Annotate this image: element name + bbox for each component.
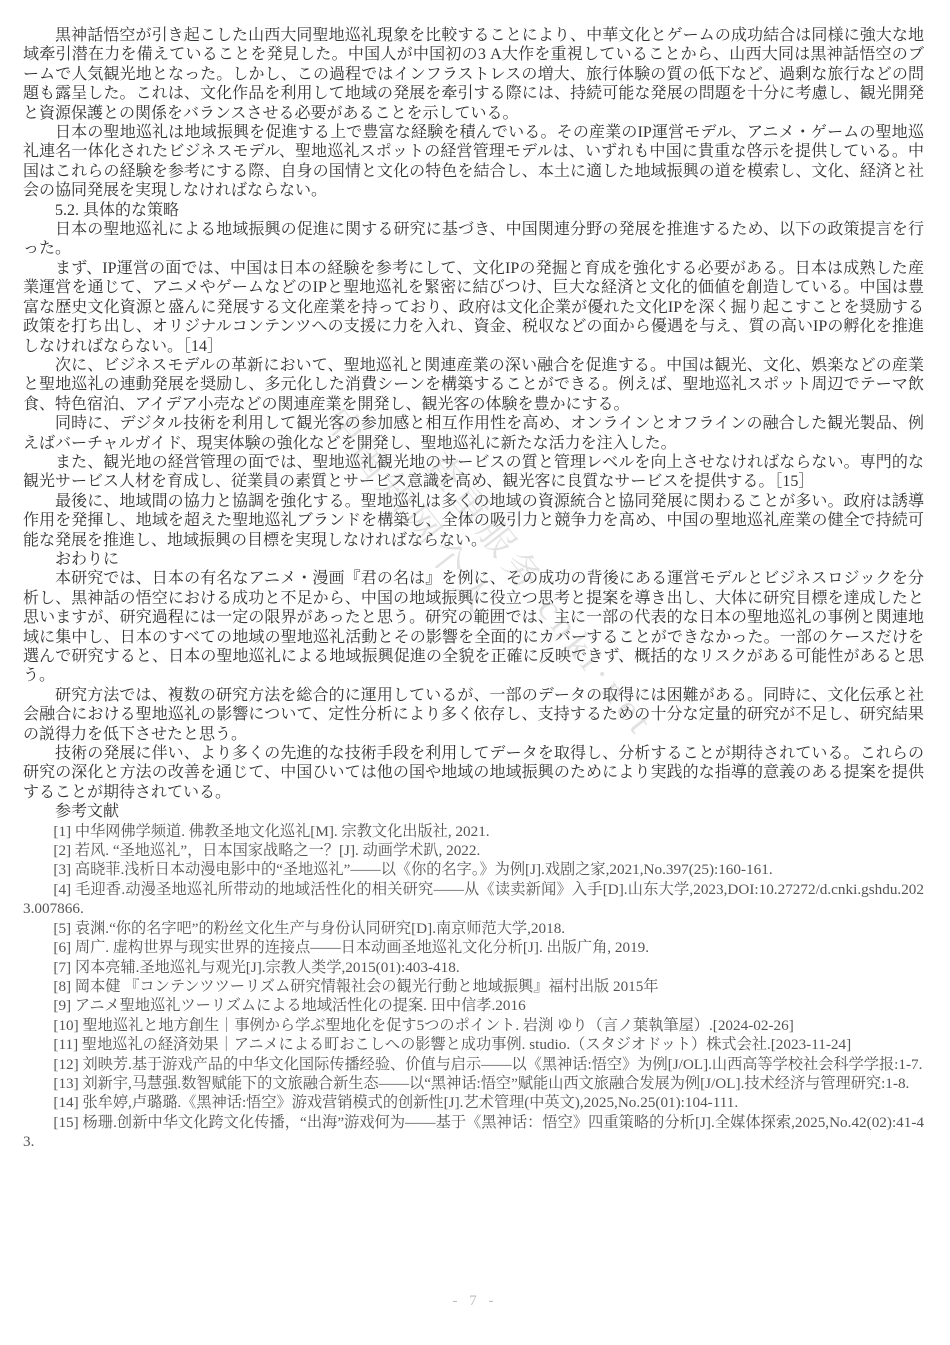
- paragraph: 本研究では、日本の有名なアニメ・漫画『君の名は』を例に、その成功の背後にある運営…: [23, 569, 924, 685]
- reference-item: [1] 中华网佛学频道. 佛教圣地文化巡礼[M]. 宗教文化出版社, 2021.: [23, 822, 924, 841]
- paragraph: 日本の聖地巡礼は地域振興を促進する上で豊富な経験を積んでいる。その産業のIP運営…: [23, 123, 924, 201]
- document-page: 黒神話悟空が引き起こした山西大同聖地巡礼現象を比較することにより、中華文化とゲー…: [23, 26, 924, 1152]
- reference-item: [11] 聖地巡礼の経済効果｜アニメによる町おこしへの影響と成功事例. stud…: [23, 1035, 924, 1054]
- reference-item: [12] 刘映芳.基于游戏产品的中华文化国际传播经验、价值与启示——以《黑神话:…: [23, 1055, 924, 1074]
- paragraph: 技術の発展に伴い、より多くの先進的な技術手段を利用してデータを取得し、分析するこ…: [23, 744, 924, 802]
- page-number: - 7 -: [0, 1293, 950, 1310]
- reference-item: [5] 袁渊.“你的名字吧”的粉丝文化生产与身份认同研究[D].南京师范大学,2…: [23, 919, 924, 938]
- reference-item: [10] 聖地巡礼と地方創生｜事例から学ぶ聖地化を促す5つのポイント. 岩渕 ゆ…: [23, 1016, 924, 1035]
- reference-item: [7] 冈本亮辅.圣地巡礼与观光[J].宗教人类学,2015(01):403-4…: [23, 958, 924, 977]
- reference-item: [4] 毛迎香.动漫圣地巡礼所带动的地域活性化的相关研究——从《读卖新闻》入手[…: [23, 880, 924, 919]
- paragraph: 研究方法では、複数の研究方法を総合的に運用しているが、一部のデータの取得には困難…: [23, 686, 924, 744]
- paragraph: 日本の聖地巡礼による地域振興の促進に関する研究に基づき、中国関連分野の発展を推進…: [23, 220, 924, 259]
- paragraph: 最後に、地域間の協力と協調を強化する。聖地巡礼は多くの地域の資源統合と協同発展に…: [23, 492, 924, 550]
- paragraph: 同時に、デジタル技術を利用して観光客の参加感と相互作用性を高め、オンラインとオフ…: [23, 414, 924, 453]
- paragraph: 黒神話悟空が引き起こした山西大同聖地巡礼現象を比較することにより、中華文化とゲー…: [23, 26, 924, 123]
- paragraph: また、観光地の経営管理の面では、聖地巡礼観光地のサービスの質と管理レベルを向上さ…: [23, 453, 924, 492]
- section-heading-strategy: 5.2. 具体的な策略: [23, 201, 924, 220]
- section-heading-references: 参考文献: [23, 802, 924, 821]
- reference-item: [9] アニメ聖地巡礼ツーリズムによる地域活性化の提案. 田中信孝.2016: [23, 996, 924, 1015]
- paragraph: 次に、ビジネスモデルの革新において、聖地巡礼と関連産業の深い融合を促進する。中国…: [23, 356, 924, 414]
- reference-item: [13] 刘新宇,马慧强.数智赋能下的文旅融合新生态——以“黑神话:悟空”赋能山…: [23, 1074, 924, 1093]
- reference-item: [14] 张牟婷,卢璐璐.《黑神话:悟空》游戏营销模式的创新性[J].艺术管理(…: [23, 1093, 924, 1112]
- paragraph: まず、IP運営の面では、中国は日本の経験を参考にして、文化IPの発掘と育成を強化…: [23, 259, 924, 356]
- reference-item: [8] 岡本健 『コンテンツツーリズム研究情報社会の観光行動と地域振興』福村出版…: [23, 977, 924, 996]
- reference-item: [6] 周广. 虚构世界与现实世界的连接点——日本动画圣地巡礼文化分析[J]. …: [23, 938, 924, 957]
- reference-item: [15] 杨珊.创新中华文化跨文化传播，“出海”游戏何为——基于《黑神话：悟空》…: [23, 1113, 924, 1152]
- section-heading-conclusion: おわりに: [23, 550, 924, 569]
- reference-item: [3] 高晓菲.浅析日本动漫电影中的“圣地巡礼”——以《你的名字。》为例[J].…: [23, 860, 924, 879]
- reference-item: [2] 若风. “圣地巡礼”，日本国家战略之一？[J]. 动画学术趴, 2022…: [23, 841, 924, 860]
